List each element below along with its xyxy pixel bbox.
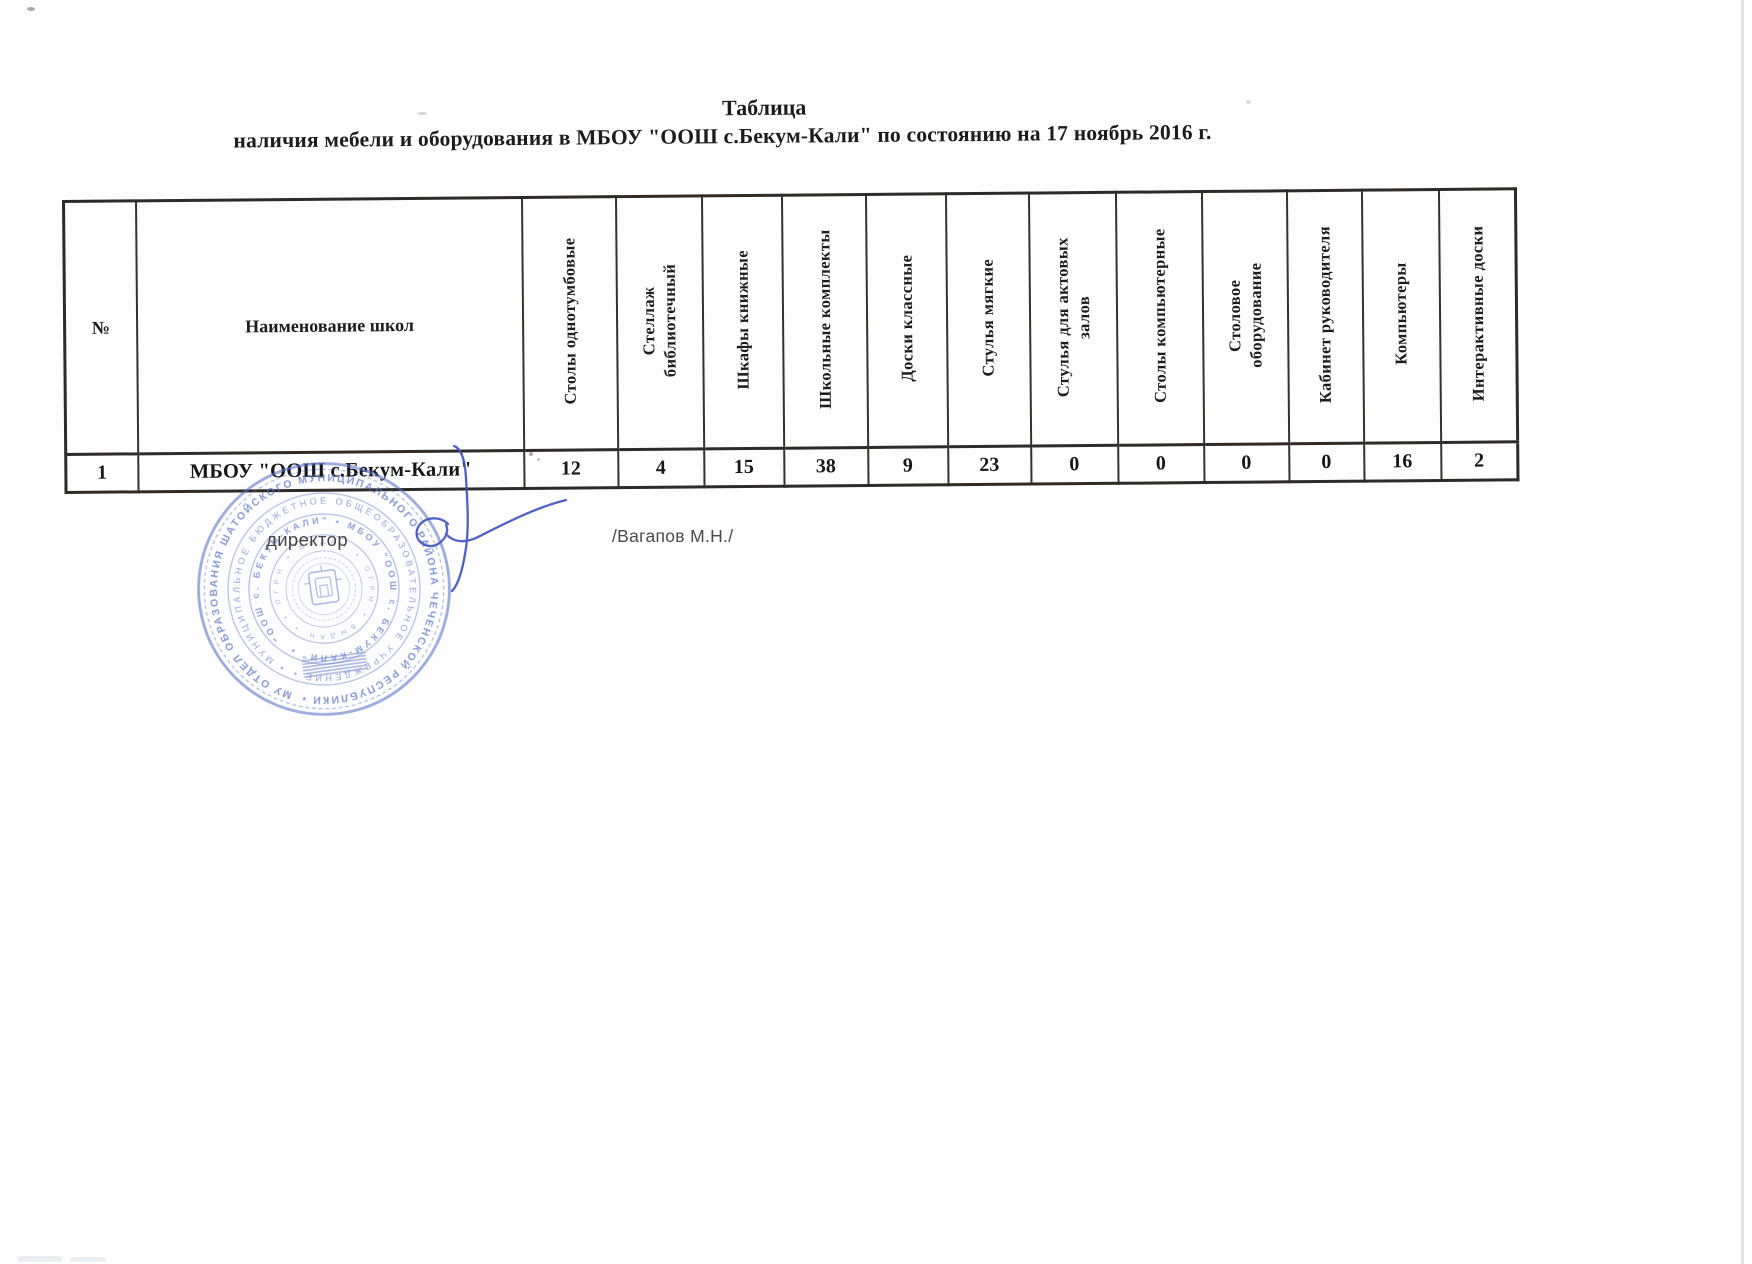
- col-head-office: Кабинет руководителя: [1286, 190, 1363, 444]
- cell-canteen-equipment: 0: [1204, 444, 1289, 483]
- cell-interactive-boards: 2: [1441, 442, 1518, 481]
- cell-school-name: МБОУ "ООШ с.Бекум-Кали": [138, 450, 524, 491]
- cell-num: 1: [66, 454, 138, 493]
- cell-class-boards: 9: [868, 447, 948, 486]
- col-single-pedestal-tables: Столы однотумбовые: [521, 197, 617, 451]
- col-soft-chairs: Стулья мягкие: [945, 193, 1030, 447]
- col-assembly-hall-chairs: Стулья для актовых залов: [1028, 192, 1117, 446]
- cell-single-pedestal-tables: 12: [524, 450, 618, 489]
- col-num-label: №: [92, 317, 110, 337]
- cell-assembly-hall-chairs: 0: [1031, 445, 1118, 484]
- col-computers: Компьютеры: [1361, 189, 1440, 443]
- col-book-cabinets: Шкафы книжные: [701, 195, 783, 449]
- col-library-shelving: Стеллаж библиотечный: [615, 196, 703, 450]
- cell-soft-chairs: 23: [948, 446, 1031, 485]
- col-num: №: [64, 201, 138, 455]
- scan-speck: [418, 112, 427, 115]
- cell-library-shelving: 4: [618, 449, 704, 488]
- col-computer-tables: Столы компьютерные: [1115, 192, 1203, 446]
- cell-book-cabinets: 15: [704, 448, 784, 487]
- scan-speck: [1246, 100, 1251, 104]
- scan-smudge: [18, 1256, 62, 1262]
- header-row: № Наименование школ Столы однотумбовые С…: [64, 189, 1518, 455]
- col-interactive-boards: Интерактивные доски: [1438, 189, 1517, 443]
- cell-school-sets: 38: [784, 447, 868, 486]
- furniture-table: № Наименование школ Столы однотумбовые С…: [62, 187, 1520, 494]
- cell-computers: 16: [1364, 442, 1441, 481]
- cell-computer-tables: 0: [1118, 445, 1204, 484]
- printed-content: Таблица наличия мебели и оборудования в …: [0, 0, 1752, 1264]
- col-school-name-label: Наименование школ: [245, 314, 414, 335]
- col-school-sets: Школьные комплекты: [781, 194, 867, 448]
- cell-head-office: 0: [1289, 443, 1364, 482]
- scan-edge-line: [1741, 0, 1744, 1264]
- scanned-page: Таблица наличия мебели и оборудования в …: [0, 0, 1752, 1264]
- scan-speck: [529, 452, 533, 456]
- col-school-name: Наименование школ: [136, 197, 524, 453]
- page-title: Таблица: [722, 95, 807, 122]
- scan-speck: [537, 458, 540, 461]
- page-subtitle: наличия мебели и оборудования в МБОУ "ОО…: [233, 120, 1211, 154]
- col-canteen-equipment: Столовое оборудование: [1201, 191, 1288, 445]
- scan-smudge: [70, 1257, 106, 1262]
- scan-speck: [27, 7, 35, 11]
- col-class-boards: Доски классные: [865, 194, 947, 448]
